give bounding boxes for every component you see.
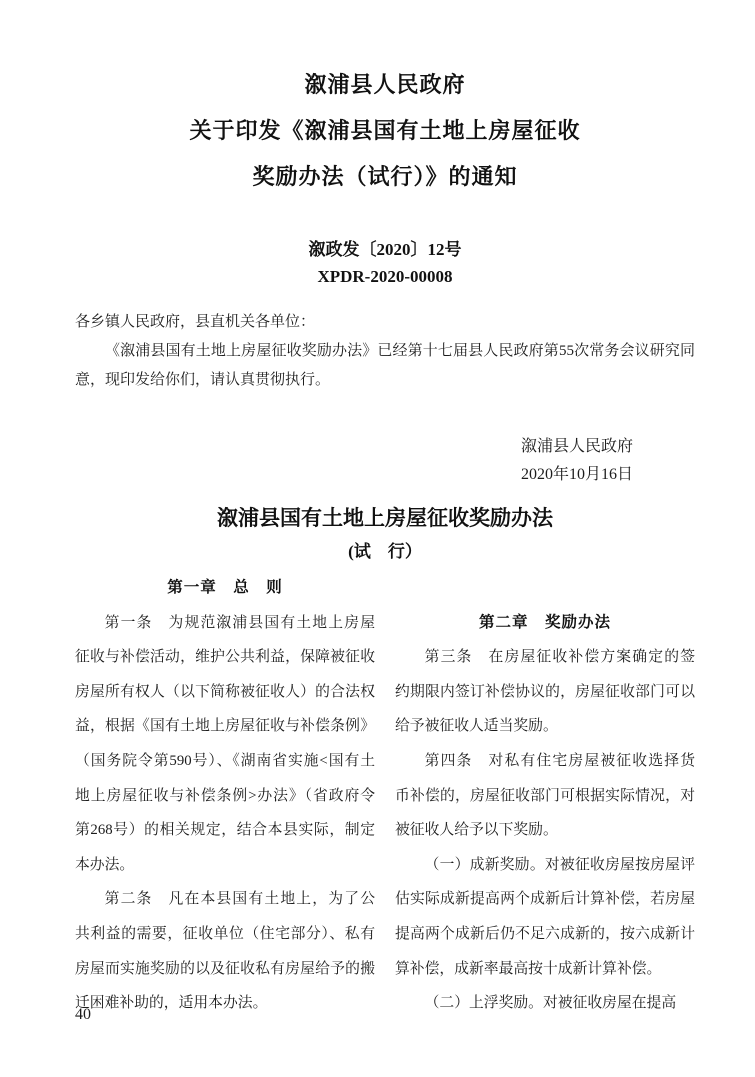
body-line: 提高两个成新后仍不足六成新的，按六成新计 — [395, 917, 695, 952]
notice-title-line: 溆浦县人民政府 — [75, 62, 695, 108]
body-line: 征收与补偿活动，维护公共利益，保障被征收 — [75, 640, 375, 675]
body-line: （二）上浮奖励。对被征收房屋在提高 — [395, 986, 695, 1021]
notice-title-line: 奖励办法（试行）》的通知 — [75, 154, 695, 200]
body-line: 第四条 对私有住宅房屋被征收选择货 — [395, 744, 695, 779]
body-line: 给予被征收人适当奖励。 — [395, 709, 695, 744]
document-page: 溆浦县人民政府关于印发《溆浦县国有土地上房屋征收奖励办法（试行）》的通知 溆政发… — [0, 0, 755, 1077]
body-line: （一）成新奖励。对被征收房屋按房屋评 — [395, 848, 695, 883]
body-line: 迁困难补助的，适用本办法。 — [75, 986, 375, 1021]
body-line: 被征收人给予以下奖励。 — [395, 813, 695, 848]
chapter-heading: 第一章 总 则 — [75, 571, 375, 606]
body-line: 约期限内签订补偿协议的，房屋征收部门可以 — [395, 675, 695, 710]
doc-number-block: 溆政发〔2020〕12号 XPDR-2020-00008 — [75, 236, 695, 290]
column-right: 第二章 奖励办法第三条 在房屋征收补偿方案确定的签约期限内签订补偿协议的，房屋征… — [395, 571, 695, 1021]
doc-number: 溆政发〔2020〕12号 — [75, 236, 695, 263]
body-line: 益，根据《国有土地上房屋征收与补偿条例》 — [75, 709, 375, 744]
notice-body-line: 《溆浦县国有土地上房屋征收奖励办法》已经第十七届县人民政府第55次常务会议研究同 — [75, 337, 695, 366]
salutation: 各乡镇人民政府，县直机关各单位： — [75, 308, 695, 337]
notice-title-line: 关于印发《溆浦县国有土地上房屋征收 — [75, 108, 695, 154]
body-line: 共利益的需要，征收单位（住宅部分）、私有 — [75, 917, 375, 952]
measure-columns: 第一章 总 则第一条 为规范溆浦县国有土地上房屋征收与补偿活动，维护公共利益，保… — [75, 571, 695, 1021]
body-line: 地上房屋征收与补偿条例>办法》（省政府令 — [75, 779, 375, 814]
body-line: 币补偿的，房屋征收部门可根据实际情况，对 — [395, 779, 695, 814]
page-number: 40 — [75, 1002, 91, 1028]
body-line: 估实际成新提高两个成新后计算补偿，若房屋 — [395, 882, 695, 917]
index-number: XPDR-2020-00008 — [75, 263, 695, 290]
column-left: 第一章 总 则第一条 为规范溆浦县国有土地上房屋征收与补偿活动，维护公共利益，保… — [75, 571, 375, 1021]
body-line: 本办法。 — [75, 848, 375, 883]
body-line: （国务院令第590号）、《湖南省实施<国有土 — [75, 744, 375, 779]
body-line: 第一条 为规范溆浦县国有土地上房屋 — [75, 606, 375, 641]
body-line: 房屋而实施奖励的以及征收私有房屋给予的搬 — [75, 952, 375, 987]
sign-date: 2020年10月16日 — [75, 461, 633, 489]
signature-block: 溆浦县人民政府 2020年10月16日 — [75, 433, 695, 489]
body-line: 第三条 在房屋征收补偿方案确定的签 — [395, 640, 695, 675]
body-line: 算补偿，成新率最高按十成新计算补偿。 — [395, 952, 695, 987]
notice-title: 溆浦县人民政府关于印发《溆浦县国有土地上房屋征收奖励办法（试行）》的通知 — [75, 62, 695, 200]
notice-body: 《溆浦县国有土地上房屋征收奖励办法》已经第十七届县人民政府第55次常务会议研究同… — [75, 337, 695, 395]
body-line: 第268号）的相关规定，结合本县实际，制定 — [75, 813, 375, 848]
notice-body-line: 意，现印发给你们，请认真贯彻执行。 — [75, 366, 695, 395]
chapter-heading: 第二章 奖励办法 — [395, 606, 695, 641]
body-line: 房屋所有权人（以下简称被征收人）的合法权 — [75, 675, 375, 710]
signer: 溆浦县人民政府 — [75, 433, 633, 461]
measure-subtitle: (试 行） — [75, 539, 695, 565]
body-line: 第二条 凡在本县国有土地上，为了公 — [75, 882, 375, 917]
measure-title: 溆浦县国有土地上房屋征收奖励办法 — [75, 503, 695, 533]
